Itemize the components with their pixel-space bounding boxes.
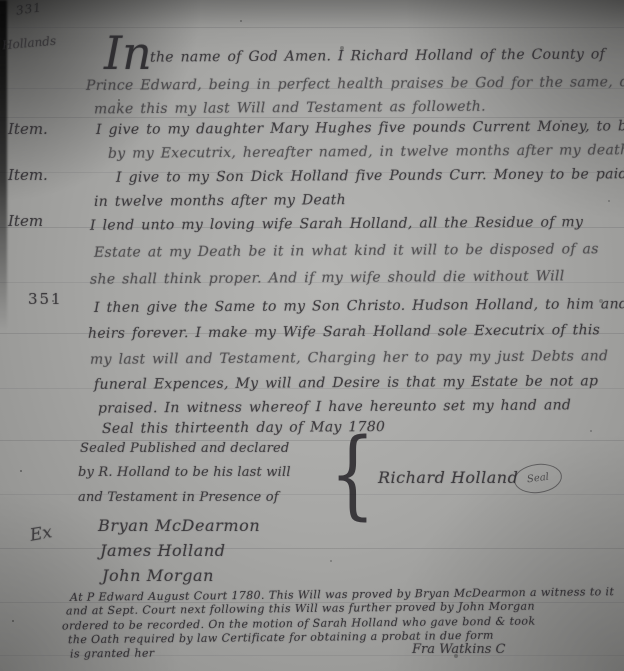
will-line: the name of God Amen. I Richard Holland … bbox=[150, 46, 605, 65]
will-line: in twelve months after my Death bbox=[94, 192, 346, 210]
margin-label: Hollands bbox=[1, 34, 56, 53]
will-line: Prince Edward, being in perfect health p… bbox=[86, 74, 624, 94]
seal-stamp: Seal bbox=[512, 461, 563, 496]
will-line: funeral Expences, My will and Desire is … bbox=[94, 373, 598, 393]
margin-mark: Ex bbox=[28, 522, 53, 546]
will-line: I give to my daughter Mary Hughes five p… bbox=[96, 118, 624, 138]
will-line: I give to my Son Dick Holland five Pound… bbox=[116, 166, 624, 186]
margin-number: 351 bbox=[28, 290, 63, 308]
will-line: I then give the Same to my Son Christo. … bbox=[94, 296, 624, 316]
testator-signature: Richard Holland bbox=[378, 468, 518, 487]
will-line: my last will and Testament, Charging her… bbox=[90, 348, 608, 368]
witness-name: Bryan McDearmon bbox=[98, 516, 260, 535]
ruled-line bbox=[0, 548, 624, 549]
will-line: praised. In witness whereof I have hereu… bbox=[98, 397, 571, 416]
dust-speckles bbox=[0, 0, 2, 2]
witness-name: James Holland bbox=[100, 541, 226, 560]
margin-item-3: Item bbox=[8, 212, 43, 230]
margin-item-1: Item. bbox=[8, 120, 48, 138]
page-number: 331 bbox=[15, 0, 43, 17]
clerk-signature: Fra Watkins C bbox=[412, 642, 505, 657]
will-line: I lend unto my loving wife Sarah Holland… bbox=[90, 214, 583, 233]
will-line: heirs forever. I make my Wife Sarah Holl… bbox=[88, 322, 600, 342]
attestation-line: and Testament in Presence of bbox=[78, 490, 279, 505]
will-line: she shall think proper. And if my wife s… bbox=[90, 268, 565, 287]
witness-name: John Morgan bbox=[102, 566, 214, 585]
attestation-line: Sealed Published and declared bbox=[80, 441, 289, 456]
attestation-brace: { bbox=[330, 428, 376, 520]
will-line: Estate at my Death be it in what kind it… bbox=[94, 241, 599, 261]
seal-label: Seal bbox=[526, 472, 549, 486]
will-line: by my Executrix, hereafter named, in twe… bbox=[108, 142, 624, 162]
opening-initial: In bbox=[104, 26, 152, 80]
attestation-line: by R. Holland to be his last will bbox=[78, 465, 291, 480]
will-line: make this my last Will and Testament as … bbox=[94, 99, 486, 118]
margin-item-2: Item. bbox=[8, 166, 48, 184]
will-record-scan: 331 Hollands Item. Item. Item 351 Ex In … bbox=[0, 0, 624, 671]
probate-line: is granted her bbox=[70, 647, 155, 661]
ruled-line bbox=[0, 27, 624, 28]
